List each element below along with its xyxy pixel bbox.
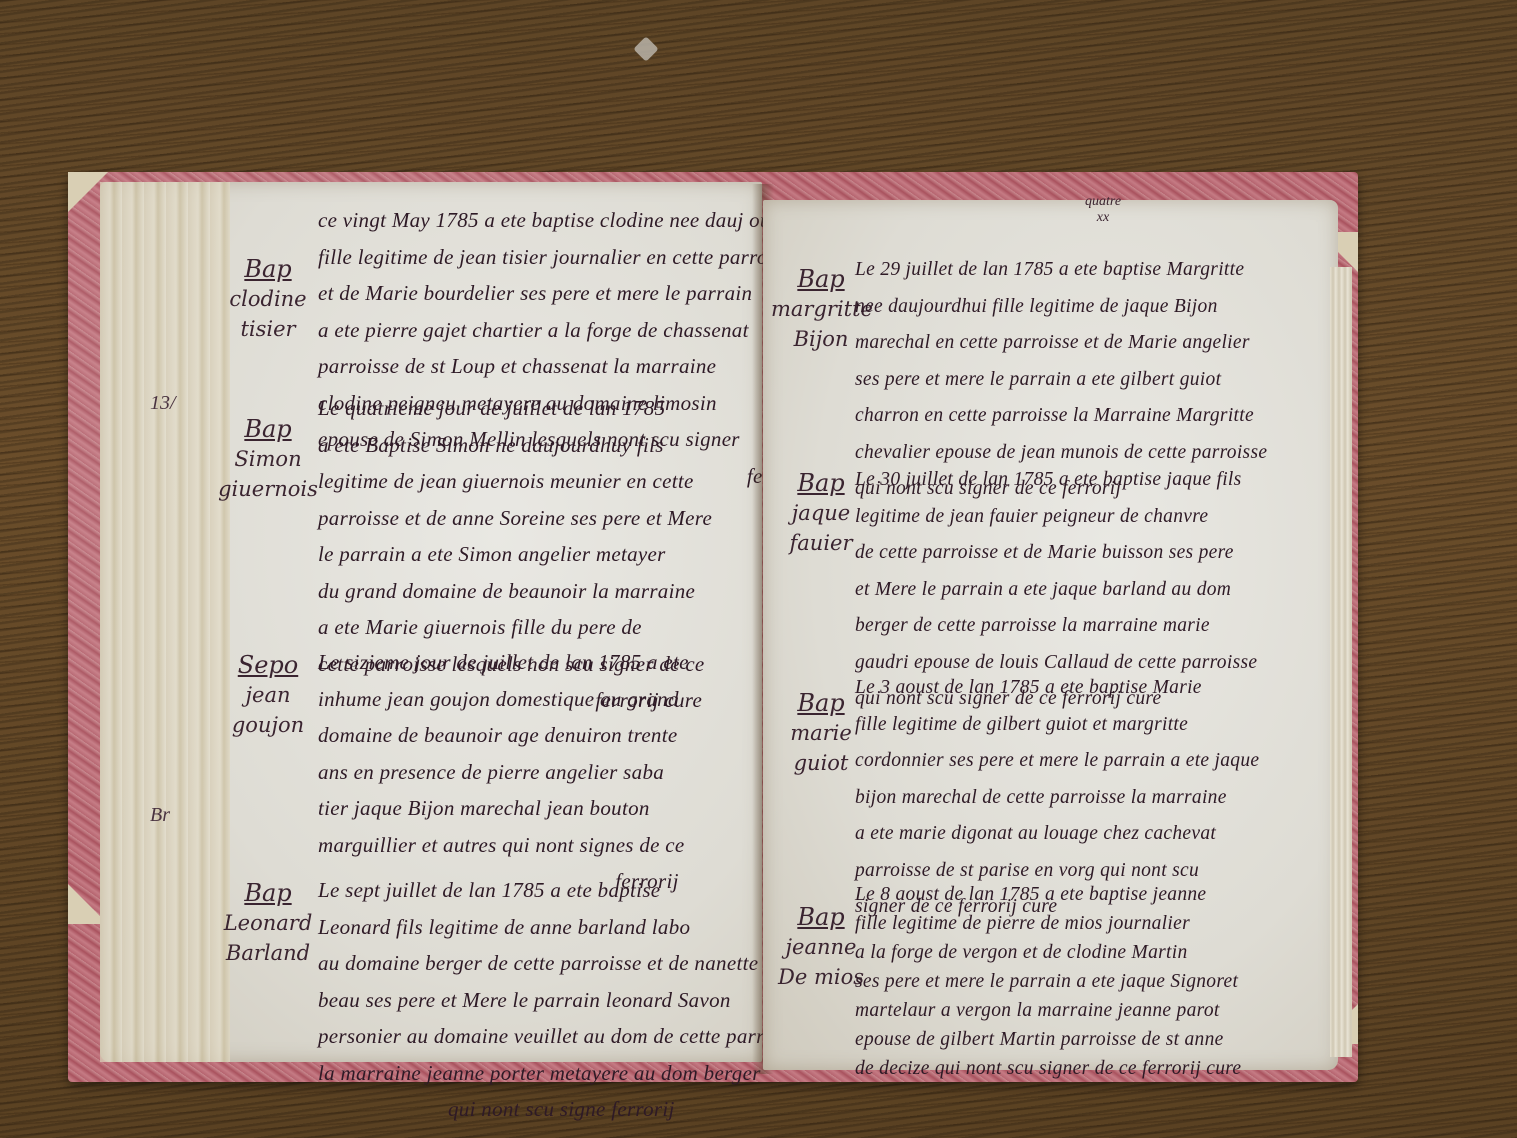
entry-type: Bap <box>218 878 318 908</box>
text-line: le parrain a ete Simon angelier metayer <box>318 536 712 573</box>
text-line: legitime de jean giuernois meunier en ce… <box>318 463 712 500</box>
text-line: bijon marechal de cette parroisse la mar… <box>855 780 1259 817</box>
frayed-page-edges <box>100 182 230 1062</box>
entry-name-last: Barland <box>226 941 310 965</box>
entry-name-last: goujon <box>232 713 304 737</box>
spine-mark: 13/ <box>150 392 176 415</box>
entry-name-first: jeanne <box>786 935 857 959</box>
spine-mark: Br <box>150 804 170 827</box>
text-line: personier au domaine veuillet au dom de … <box>318 1018 765 1055</box>
text-line: qui nont scu signe ferrorij <box>318 1091 765 1128</box>
entry-type: Bap <box>218 414 318 444</box>
text-line: marguillier et autres qui nont signes de… <box>318 827 689 864</box>
text-line: fille legitime de gilbert guiot et margr… <box>855 707 1259 744</box>
text-line: ans en presence de pierre angelier saba <box>318 754 689 791</box>
text-line: ses pere et mere le parrain a ete jaque … <box>855 967 1241 996</box>
text-line: parroisse et de anne Soreine ses pere et… <box>318 500 712 537</box>
entry-name-first: Leonard <box>224 911 313 935</box>
text-line: et de Marie bourdelier ses pere et mere … <box>318 275 820 312</box>
entry-name-first: jean <box>246 683 291 707</box>
text-line: Le quatrieme jour de juillet de lan 1785 <box>318 390 712 427</box>
text-line: beau ses pere et Mere le parrain leonard… <box>318 982 765 1019</box>
text-line: a ete marie digonat au louage chez cache… <box>855 816 1259 853</box>
text-line: fille legitime de pierre de mios journal… <box>855 909 1241 938</box>
entry-name-last: Bijon <box>794 327 849 351</box>
text-line: martelaur a vergon la marraine jeanne pa… <box>855 996 1241 1025</box>
entry-name-last: guiot <box>794 751 849 775</box>
text-line: fille legitime de jean tisier journalier… <box>318 239 820 276</box>
right-page-edges <box>1330 267 1352 1057</box>
text-line: Leonard fils legitime de anne barland la… <box>318 909 765 946</box>
entry-name-first: Simon <box>234 447 301 471</box>
text-line: Le 8 aoust de lan 1785 a ete baptise jea… <box>855 880 1241 909</box>
text-line: berger de cette parroisse la marraine ma… <box>855 608 1257 645</box>
margin-note: Bap Simon giuernois <box>218 414 318 504</box>
text-line: la marraine jeanne porter metayere au do… <box>318 1055 765 1092</box>
entry-type: Sepo <box>218 650 318 680</box>
entry-name-last: fauier <box>790 531 853 555</box>
text-line: de decize qui nont scu signer de ce ferr… <box>855 1054 1241 1083</box>
text-line: a la forge de vergon et de clodine Marti… <box>855 938 1241 967</box>
margin-note: Bap Leonard Barland <box>218 878 318 968</box>
text-line: Le sept juillet de lan 1785 a ete baptis… <box>318 872 765 909</box>
text-line: charron en cette parroisse la Marraine M… <box>855 398 1267 435</box>
entry-type: Bap <box>218 254 318 284</box>
text-line: Le sizieme jour de juillet de lan 1785 a… <box>318 644 689 681</box>
folio-word: quatre <box>1085 194 1121 210</box>
text-line: de cette parroisse et de Marie buisson s… <box>855 535 1257 572</box>
entry-name-first: marie <box>790 721 852 745</box>
folio-numeral: xx <box>1085 210 1121 226</box>
text-line: domaine de beaunoir age denuiron trente <box>318 717 689 754</box>
parish-register-book: 13/ Br Bap clodine tisier ce vingt May 1… <box>68 172 1358 1084</box>
entry-text: Le 8 aoust de lan 1785 a ete baptise jea… <box>855 880 1241 1083</box>
text-line: a ete Baptise Simon ne daujourdhuy fils <box>318 427 712 464</box>
folio-number: quatre xx <box>1085 194 1121 226</box>
text-line: ses pere et mere le parrain a ete gilber… <box>855 362 1267 399</box>
entry-text: Le sept juillet de lan 1785 a ete baptis… <box>318 872 765 1128</box>
entry-name-first: jaque <box>792 501 850 525</box>
text-line: epouse de gilbert Martin parroisse de st… <box>855 1025 1241 1054</box>
margin-note: Sepo jean goujon <box>218 650 318 740</box>
text-line: Le 3 aoust de lan 1785 a ete baptise Mar… <box>855 670 1259 707</box>
right-page: quatre xx Bap margritte Bijon Le 29 juil… <box>763 200 1338 1070</box>
entry-text: Le sizieme jour de juillet de lan 1785 a… <box>318 644 689 900</box>
margin-note: Bap clodine tisier <box>218 254 318 344</box>
text-line: Le 30 juillet de lan 1785 a ete baptise … <box>855 462 1257 499</box>
text-line: et Mere le parrain a ete jaque barland a… <box>855 572 1257 609</box>
text-line: du grand domaine de beaunoir la marraine <box>318 573 712 610</box>
entry-name-last: giuernois <box>218 477 318 501</box>
text-line: a ete pierre gajet chartier a la forge d… <box>318 312 820 349</box>
text-line: a ete Marie giuernois fille du pere de <box>318 609 712 646</box>
text-line: Le 29 juillet de lan 1785 a ete baptise … <box>855 252 1267 289</box>
text-line: ce vingt May 1785 a ete baptise clodine … <box>318 202 820 239</box>
text-line: parroisse de st Loup et chassenat la mar… <box>318 348 820 385</box>
entry-name-last: De mios <box>778 965 864 989</box>
text-line: marechal en cette parroisse et de Marie … <box>855 325 1267 362</box>
text-line: cordonnier ses pere et mere le parrain a… <box>855 743 1259 780</box>
text-line: tier jaque Bijon marechal jean bouton <box>318 790 689 827</box>
text-line: au domaine berger de cette parroisse et … <box>318 945 765 982</box>
entry-name-first: clodine <box>229 287 306 311</box>
text-line: nee daujourdhui fille legitime de jaque … <box>855 289 1267 326</box>
text-line: inhume jean goujon domestique au grand <box>318 681 689 718</box>
entry-name-last: tisier <box>240 317 295 341</box>
left-page: 13/ Br Bap clodine tisier ce vingt May 1… <box>100 182 762 1062</box>
table-debris-speck <box>633 36 658 61</box>
text-line: legitime de jean fauier peigneur de chan… <box>855 499 1257 536</box>
